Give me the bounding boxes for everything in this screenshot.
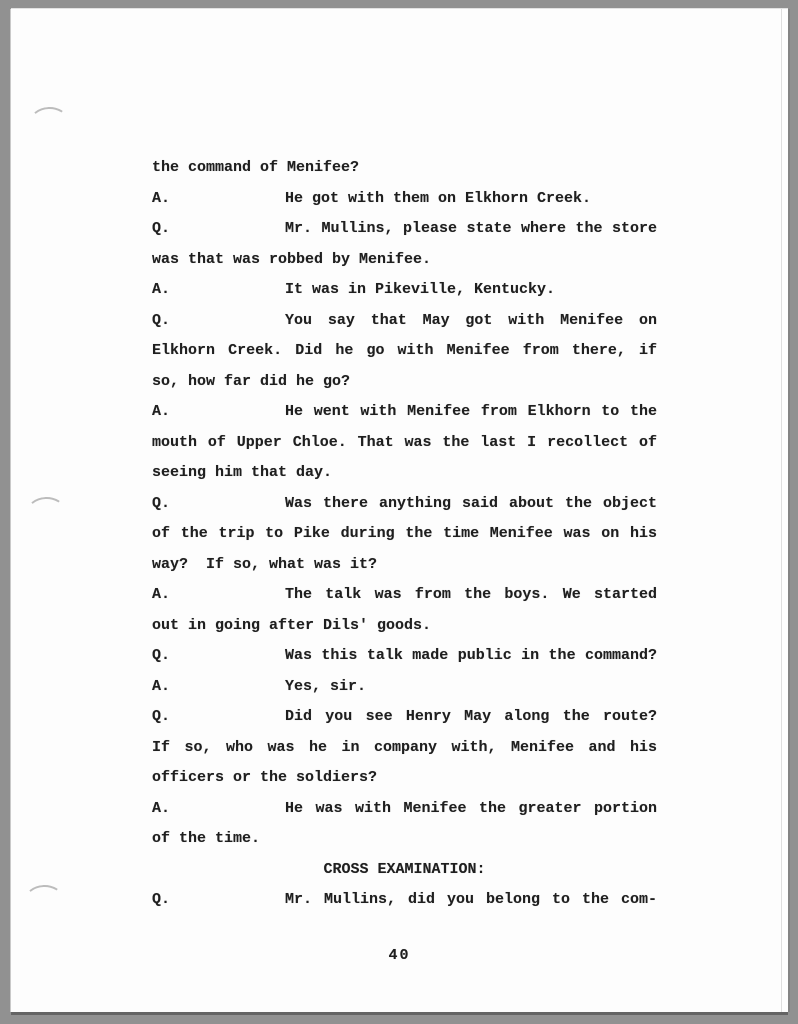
transcript-line: A.It was in Pikeville, Kentucky. (152, 275, 657, 306)
transcript-line: was that was robbed by Menifee. (152, 245, 657, 276)
line-text: If so, who was he in company with, Menif… (152, 733, 657, 764)
line-text: seeing him that day. (152, 458, 657, 489)
transcript-line: the command of Menifee? (152, 153, 657, 184)
line-text: way? If so, what was it? (152, 550, 657, 581)
line-text: Was there anything said about the object (285, 489, 657, 520)
transcript-line: CROSS EXAMINATION: (152, 855, 657, 886)
line-text: Elkhorn Creek. Did he go with Menifee fr… (152, 336, 657, 367)
transcript-line: Q.Was there anything said about the obje… (152, 489, 657, 520)
transcript-line: Q.Mr. Mullins, please state where the st… (152, 214, 657, 245)
answer-label: A. (152, 580, 285, 611)
transcript-line: A.He was with Menifee the greater portio… (152, 794, 657, 825)
binder-ring-mark-middle (26, 496, 65, 526)
scan-backdrop: the command of Menifee? A.He got with th… (0, 0, 798, 1024)
transcript-line: Q.Was this talk made public in the comma… (152, 641, 657, 672)
transcript-line: of the time. (152, 824, 657, 855)
page-number: 40 (11, 947, 788, 964)
transcript-line: so, how far did he go? (152, 367, 657, 398)
transcript-line: A.Yes, sir. (152, 672, 657, 703)
answer-label: A. (152, 672, 285, 703)
line-text: It was in Pikeville, Kentucky. (285, 275, 657, 306)
line-text: You say that May got with Menifee on (285, 306, 657, 337)
question-label: Q. (152, 702, 285, 733)
line-text: Yes, sir. (285, 672, 657, 703)
line-text: was that was robbed by Menifee. (152, 245, 657, 276)
line-text: officers or the soldiers? (152, 763, 657, 794)
line-text: He was with Menifee the greater portion (285, 794, 657, 825)
page-sheet: the command of Menifee? A.He got with th… (11, 9, 788, 1012)
transcript-line: of the trip to Pike during the time Meni… (152, 519, 657, 550)
line-text: the command of Menifee? (152, 153, 657, 184)
transcript-line: seeing him that day. (152, 458, 657, 489)
transcript-line: Q.You say that May got with Menifee on (152, 306, 657, 337)
line-text: of the time. (152, 824, 657, 855)
transcript-line: A.He went with Menifee from Elkhorn to t… (152, 397, 657, 428)
line-text: of the trip to Pike during the time Meni… (152, 519, 657, 550)
line-text: He got with them on Elkhorn Creek. (285, 184, 657, 215)
line-text: He went with Menifee from Elkhorn to the (285, 397, 657, 428)
line-text: so, how far did he go? (152, 367, 657, 398)
transcript-line: Elkhorn Creek. Did he go with Menifee fr… (152, 336, 657, 367)
answer-label: A. (152, 397, 285, 428)
binder-ring-mark-bottom (24, 884, 63, 914)
transcript-line: If so, who was he in company with, Menif… (152, 733, 657, 764)
transcript-line: Q.Did you see Henry May along the route? (152, 702, 657, 733)
transcript-line: way? If so, what was it? (152, 550, 657, 581)
binder-ring-mark-top (29, 106, 68, 136)
transcript-text-block: the command of Menifee? A.He got with th… (152, 153, 657, 916)
transcript-line: mouth of Upper Chloe. That was the last … (152, 428, 657, 459)
answer-label: A. (152, 794, 285, 825)
transcript-line: A.He got with them on Elkhorn Creek. (152, 184, 657, 215)
answer-label: A. (152, 184, 285, 215)
transcript-line: officers or the soldiers? (152, 763, 657, 794)
question-label: Q. (152, 214, 285, 245)
question-label: Q. (152, 306, 285, 337)
transcript-line: A.The talk was from the boys. We started (152, 580, 657, 611)
line-text: out in going after Dils' goods. (152, 611, 657, 642)
line-text: Mr. Mullins, did you belong to the com- (285, 885, 657, 916)
question-label: Q. (152, 885, 285, 916)
question-label: Q. (152, 489, 285, 520)
line-text: Mr. Mullins, please state where the stor… (285, 214, 657, 245)
transcript-line: out in going after Dils' goods. (152, 611, 657, 642)
line-text: The talk was from the boys. We started (285, 580, 657, 611)
answer-label: A. (152, 275, 285, 306)
line-text: mouth of Upper Chloe. That was the last … (152, 428, 657, 459)
question-label: Q. (152, 641, 285, 672)
transcript-line: Q.Mr. Mullins, did you belong to the com… (152, 885, 657, 916)
section-heading: CROSS EXAMINATION: (323, 861, 485, 878)
line-text: Did you see Henry May along the route? (285, 702, 657, 733)
line-text: Was this talk made public in the command… (285, 641, 657, 672)
underlying-sheet-edge (781, 9, 782, 1012)
